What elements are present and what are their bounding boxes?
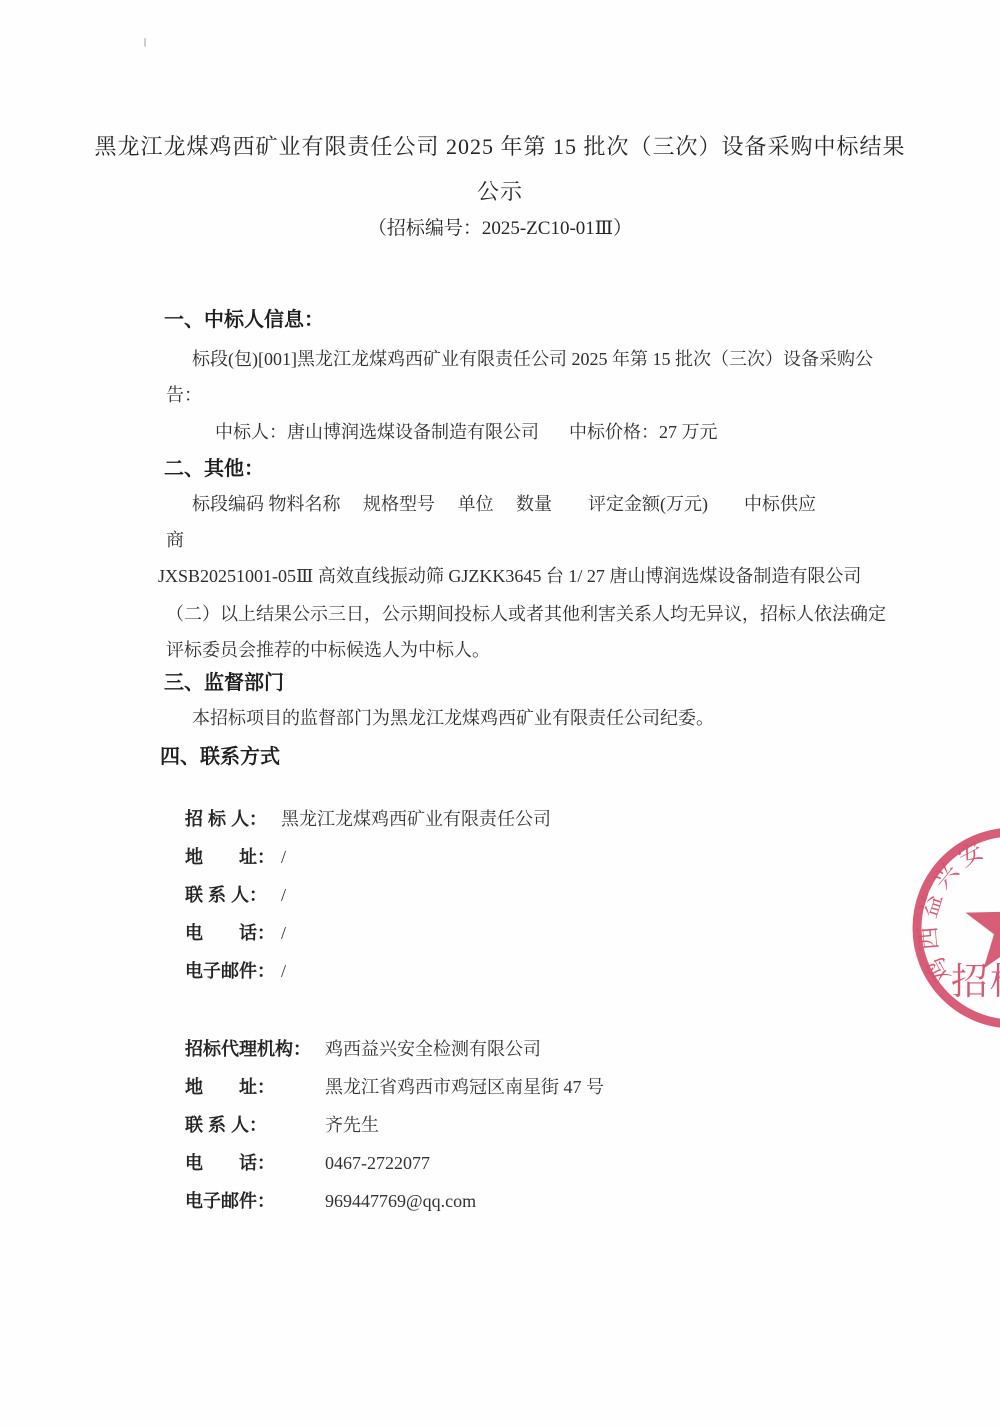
agency-phone-line: 电 话：0467-2722077 — [185, 1149, 430, 1175]
tender-number: （招标编号：2025-ZC10-01Ⅲ） — [0, 213, 1000, 240]
tenderer-phone-value: / — [281, 923, 286, 943]
agency-contact-person-value: 齐先生 — [325, 1115, 379, 1135]
document-title-line-2: 公示 — [0, 175, 1000, 206]
tenderer-address-label: 地 址： — [185, 843, 281, 869]
winner-label: 中标人： — [215, 422, 287, 442]
tenderer-contact-person-line: 联 系 人：/ — [185, 881, 286, 907]
agency-name-value: 鸡西益兴安全检测有限公司 — [325, 1039, 541, 1059]
seal-star-icon — [965, 878, 1000, 969]
tenderer-address-value: / — [281, 847, 286, 867]
tenderer-address-line: 地 址：/ — [185, 843, 286, 869]
result-table-header-line-1: 标段编码 物料名称 规格型号 单位 数量 评定金额(万元) 中标供应 — [192, 490, 816, 516]
tenderer-name-value: 黑龙江龙煤鸡西矿业有限责任公司 — [281, 809, 551, 829]
agency-phone-label: 电 话： — [185, 1149, 325, 1175]
agency-address-value: 黑龙江省鸡西市鸡冠区南星街 47 号 — [325, 1077, 604, 1097]
scan-artifact — [144, 38, 146, 47]
agency-email-line: 电子邮件：969447769@qq.com — [185, 1187, 476, 1213]
red-seal-stamp: 鸡西益兴安全 招标 — [903, 818, 1000, 1038]
seal-bottom-text: 招标 — [951, 961, 1000, 1003]
result-table-row: JXSB20251001-05Ⅲ 高效直线振动筛 GJZKK3645 台 1/ … — [158, 562, 861, 588]
price-label: 中标价格： — [569, 422, 659, 442]
document-page: 黑龙江龙煤鸡西矿业有限责任公司 2025 年第 15 批次（三次）设备采购中标结… — [0, 0, 1000, 1426]
tenderer-phone-line: 电 话：/ — [185, 919, 286, 945]
tenderer-phone-label: 电 话： — [185, 919, 281, 945]
result-table-header-line-2: 商 — [166, 526, 184, 552]
tenderer-email-label: 电子邮件： — [185, 957, 281, 983]
note-line-2: 评标委员会推荐的中标候选人为中标人。 — [166, 636, 490, 662]
tenderer-contact-person-label: 联 系 人： — [185, 881, 281, 907]
document-title-line-1: 黑龙江龙煤鸡西矿业有限责任公司 2025 年第 15 批次（三次）设备采购中标结… — [0, 130, 1000, 161]
tenderer-email-value: / — [281, 961, 286, 981]
price-value: 27 万元 — [659, 422, 718, 442]
tenderer-name-line: 招 标 人：黑龙江龙煤鸡西矿业有限责任公司 — [185, 805, 551, 831]
lot-description-line-1: 标段(包)[001]黑龙江龙煤鸡西矿业有限责任公司 2025 年第 15 批次（… — [192, 345, 873, 371]
section-4-heading: 四、联系方式 — [160, 740, 280, 769]
agency-email-value: 969447769@qq.com — [325, 1191, 476, 1211]
section-1-heading: 一、中标人信息： — [164, 303, 324, 332]
tenderer-contact-person-value: / — [281, 885, 286, 905]
agency-name-line: 招标代理机构：鸡西益兴安全检测有限公司 — [185, 1035, 541, 1061]
note-line-1: （二）以上结果公示三日，公示期间投标人或者其他利害关系人均无异议，招标人依法确定 — [166, 600, 886, 626]
agency-address-label: 地 址： — [185, 1073, 325, 1099]
agency-name-label: 招标代理机构： — [185, 1035, 325, 1061]
agency-contact-person-line: 联 系 人：齐先生 — [185, 1111, 379, 1137]
winner-name: 唐山博润选煤设备制造有限公司 — [287, 422, 539, 442]
section-2-heading: 二、其他： — [164, 452, 264, 481]
tenderer-email-line: 电子邮件：/ — [185, 957, 286, 983]
agency-phone-value: 0467-2722077 — [325, 1153, 430, 1173]
agency-email-label: 电子邮件： — [185, 1187, 325, 1213]
agency-address-line: 地 址：黑龙江省鸡西市鸡冠区南星街 47 号 — [185, 1073, 604, 1099]
agency-contact-person-label: 联 系 人： — [185, 1111, 325, 1137]
section-3-heading: 三、监督部门 — [164, 666, 284, 695]
winner-line: 中标人：唐山博润选煤设备制造有限公司中标价格：27 万元 — [215, 418, 718, 444]
supervision-body: 本招标项目的监督部门为黑龙江龙煤鸡西矿业有限责任公司纪委。 — [192, 704, 714, 730]
tenderer-name-label: 招 标 人： — [185, 805, 281, 831]
lot-description-line-2: 告： — [166, 381, 202, 407]
